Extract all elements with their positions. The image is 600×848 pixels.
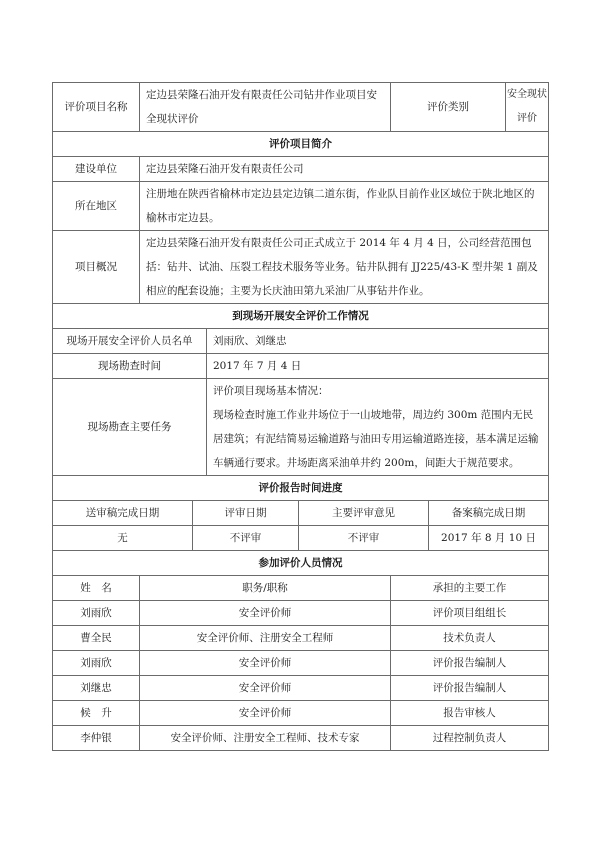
table-row: 曹全民 安全评价师、注册安全工程师 技术负责人: [53, 626, 549, 651]
schedule-value-row: 无 不评审 不评审 2017 年 8 月 10 日: [53, 526, 549, 551]
personnel-work: 报告审核人: [391, 701, 549, 726]
personnel-name: 刘继忠: [53, 676, 140, 701]
site-value: 2017 年 7 月 4 日: [207, 354, 549, 379]
schedule-header-row: 送审稿完成日期 评审日期 主要评审意见 备案稿完成日期: [53, 501, 549, 526]
personnel-work: 评价报告编制人: [391, 676, 549, 701]
table-row: 刘雨欣 安全评价师 评价项目组组长: [53, 601, 549, 626]
table-row: 李仲银 安全评价师、注册安全工程师、技术专家 过程控制负责人: [53, 726, 549, 751]
personnel-work: 评价项目组组长: [391, 601, 549, 626]
schedule-section-title: 评价报告时间进度: [53, 476, 549, 501]
personnel-name: 候 升: [53, 701, 140, 726]
table-row: 刘继忠 安全评价师 评价报告编制人: [53, 676, 549, 701]
personnel-work: 评价报告编制人: [391, 651, 549, 676]
personnel-title: 安全评价师、注册安全工程师、技术专家: [140, 726, 391, 751]
site-label: 现场勘查时间: [53, 354, 207, 379]
schedule-value: 无: [53, 526, 193, 551]
personnel-title: 安全评价师: [140, 676, 391, 701]
personnel-work: 过程控制负责人: [391, 726, 549, 751]
site-row: 现场开展安全评价人员名单 刘雨欣、刘继忠: [53, 329, 549, 354]
site-section-title: 到现场开展安全评价工作情况: [53, 304, 549, 329]
personnel-title: 安全评价师: [140, 701, 391, 726]
personnel-title: 安全评价师: [140, 651, 391, 676]
category-label: 评价类别: [391, 83, 506, 132]
table-row: 刘雨欣 安全评价师 评价报告编制人: [53, 651, 549, 676]
project-name-label: 评价项目名称: [53, 83, 140, 132]
intro-label: 建设单位: [53, 157, 140, 182]
personnel-header: 姓 名: [53, 576, 140, 601]
intro-row: 项目概况 定边县荣隆石油开发有限责任公司正式成立于 2014 年 4 月 4 日…: [53, 231, 549, 304]
site-value-text: 现场检查时施工作业井场位于一山坡地带，周边约 300m 范围内无民居建筑；有泥结…: [213, 403, 542, 475]
schedule-header: 主要评审意见: [299, 501, 429, 526]
personnel-section-title: 参加评价人员情况: [53, 551, 549, 576]
category-value: 安全现状评价: [506, 83, 549, 132]
intro-label: 项目概况: [53, 231, 140, 304]
intro-value: 注册地在陕西省榆林市定边县定边镇二道东街，作业队目前作业区域位于陕北地区的榆林市…: [140, 182, 549, 231]
site-row: 现场勘查时间 2017 年 7 月 4 日: [53, 354, 549, 379]
schedule-value: 2017 年 8 月 10 日: [429, 526, 549, 551]
intro-value: 定边县荣隆石油开发有限责任公司正式成立于 2014 年 4 月 4 日，公司经营…: [140, 231, 549, 304]
personnel-header: 承担的主要工作: [391, 576, 549, 601]
intro-value: 定边县荣隆石油开发有限责任公司: [140, 157, 549, 182]
site-value: 刘雨欣、刘继忠: [207, 329, 549, 354]
personnel-name: 刘雨欣: [53, 601, 140, 626]
schedule-header: 备案稿完成日期: [429, 501, 549, 526]
intro-section-title: 评价项目简介: [53, 132, 549, 157]
schedule-header: 评审日期: [193, 501, 299, 526]
schedule-header: 送审稿完成日期: [53, 501, 193, 526]
table-row: 候 升 安全评价师 报告审核人: [53, 701, 549, 726]
project-header-row: 评价项目名称 定边县荣隆石油开发有限责任公司钻井作业项目安全现状评价 评价类别 …: [53, 83, 549, 132]
personnel-name: 曹全民: [53, 626, 140, 651]
site-value: 评价项目现场基本情况： 现场检查时施工作业井场位于一山坡地带，周边约 300m …: [207, 379, 549, 476]
evaluation-table: 评价项目名称 定边县荣隆石油开发有限责任公司钻井作业项目安全现状评价 评价类别 …: [52, 82, 549, 751]
intro-row: 建设单位 定边县荣隆石油开发有限责任公司: [53, 157, 549, 182]
personnel-name: 李仲银: [53, 726, 140, 751]
intro-label: 所在地区: [53, 182, 140, 231]
personnel-header: 职务/职称: [140, 576, 391, 601]
personnel-header-row: 姓 名 职务/职称 承担的主要工作: [53, 576, 549, 601]
personnel-work: 技术负责人: [391, 626, 549, 651]
personnel-name: 刘雨欣: [53, 651, 140, 676]
site-label: 现场开展安全评价人员名单: [53, 329, 207, 354]
site-value-title: 评价项目现场基本情况：: [213, 379, 542, 403]
intro-row: 所在地区 注册地在陕西省榆林市定边县定边镇二道东街，作业队目前作业区域位于陕北地…: [53, 182, 549, 231]
project-name-value: 定边县荣隆石油开发有限责任公司钻井作业项目安全现状评价: [140, 83, 391, 132]
evaluation-form: 评价项目名称 定边县荣隆石油开发有限责任公司钻井作业项目安全现状评价 评价类别 …: [52, 82, 548, 751]
personnel-title: 安全评价师: [140, 601, 391, 626]
schedule-value: 不评审: [193, 526, 299, 551]
schedule-value: 不评审: [299, 526, 429, 551]
personnel-title: 安全评价师、注册安全工程师: [140, 626, 391, 651]
site-row: 现场勘查主要任务 评价项目现场基本情况： 现场检查时施工作业井场位于一山坡地带，…: [53, 379, 549, 476]
site-label: 现场勘查主要任务: [53, 379, 207, 476]
